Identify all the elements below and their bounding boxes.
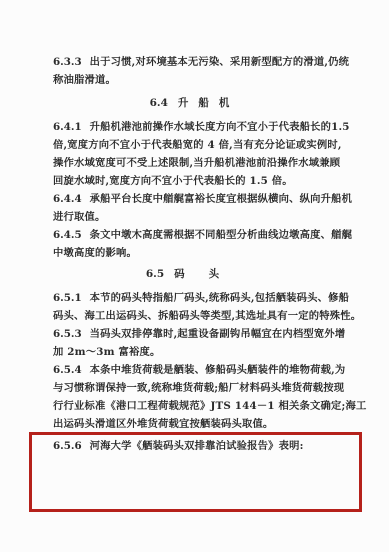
clause-6-4-5-line-1: 6.4.5条文中墩木高度需根据不同船型分析曲线边墩高度、艏艉 (53, 229, 339, 241)
clause-6-4-1-line-4: 回旋水域时,宽度方向不宜小于代表船长的 1.5 倍。 (53, 175, 339, 187)
clause-number: 6.4.4 (53, 193, 82, 205)
clause-text: 河海大学《舾装码头双排靠泊试验报告》表明: (90, 440, 304, 452)
clause-number: 6.4.5 (53, 229, 82, 241)
clause-text: 升船机港池前操作水域长度方向不宜小于代表船长的1.5 (90, 121, 350, 133)
clause-number: 6.5.1 (53, 292, 82, 304)
clause-6-4-1-line-2: 倍,宽度方向不宜小于代表船宽的 4 倍,当有充分论证或实例时, (53, 139, 339, 151)
section-heading-6-4: 6.4升船机 (0, 97, 389, 109)
clause-6-4-1-line-1: 6.4.1升船机港池前操作水域长度方向不宜小于代表船长的1.5 (53, 121, 339, 133)
clause-6-4-4-line-1: 6.4.4承船平台长度中艏艉富裕长度宜根据纵横向、纵向升船机 (53, 193, 339, 205)
clause-6-4-4-line-2: 进行取值。 (53, 211, 339, 223)
clause-6-4-1-line-3: 操作水域宽度可不受上述限制,当升船机港池前沿操作水域兼顾 (53, 157, 339, 169)
clause-6-5-4-line-4: 出运码头滑道区外堆货荷载宜按舾装码头取值。 (53, 418, 339, 430)
clause-6-5-4-line-2: 与习惯称谓保持一致,统称堆货荷载;船厂材料码头堆货荷载按现 (53, 382, 339, 394)
document-page: 6.3.3出于习惯,对环境基本无污染、采用新型配方的滑道,仍统 称油脂滑道。 6… (0, 0, 389, 552)
clause-text: 当码头双排停靠时,起重设备副钩吊幅宜在内档型宽外增 (90, 328, 346, 340)
clause-number: 6.4.1 (53, 121, 82, 133)
clause-text: 承船平台长度中艏艉富裕长度宜根据纵横向、纵向升船机 (90, 193, 352, 205)
heading-title: 码头 (174, 268, 243, 280)
section-heading-6-5: 6.5码头 (0, 268, 389, 280)
clause-number: 6.5.4 (53, 364, 82, 376)
clause-6-5-4-line-1: 6.5.4本条中堆货荷载是舾装、修船码头舾装件的堆物荷载,为 (53, 364, 339, 376)
clause-text: 本节的码头特指船厂码头,统称码头,包括舾装码头、修船 (90, 292, 350, 304)
heading-title: 升船机 (178, 97, 240, 109)
clause-6-5-4-line-3: 行行业标准《港口工程荷载规范》JTS 144－1 相关条文确定;海工 (53, 400, 339, 412)
clause-6-5-3-line-2: 加 2m～3m 富裕度。 (53, 346, 339, 358)
clause-number: 6.5.6 (53, 440, 82, 452)
clause-6-4-5-line-2: 中墩高度的影响。 (53, 247, 339, 259)
clause-text: 条文中墩木高度需根据不同船型分析曲线边墩高度、艏艉 (90, 229, 352, 241)
clause-6-5-1-line-2: 码头、海工出运码头、拆船码头等类型,其选址具有一定的特殊性。 (53, 310, 339, 322)
heading-number: 6.4 (150, 97, 168, 109)
clause-6-3-3-line-1: 6.3.3出于习惯,对环境基本无污染、采用新型配方的滑道,仍统 (53, 56, 339, 68)
clause-number: 6.5.3 (53, 328, 82, 340)
clause-text: 本条中堆货荷载是舾装、修船码头舾装件的堆物荷载,为 (90, 364, 346, 376)
clause-6-5-3-line-1: 6.5.3当码头双排停靠时,起重设备副钩吊幅宜在内档型宽外增 (53, 328, 339, 340)
clause-6-5-6-line-1: 6.5.6河海大学《舾装码头双排靠泊试验报告》表明: (53, 440, 339, 452)
clause-6-5-1-line-1: 6.5.1本节的码头特指船厂码头,统称码头,包括舾装码头、修船 (53, 292, 339, 304)
clause-6-3-3-line-2: 称油脂滑道。 (53, 74, 339, 86)
clause-number: 6.3.3 (53, 56, 82, 68)
clause-text: 出于习惯,对环境基本无污染、采用新型配方的滑道,仍统 (90, 56, 350, 68)
heading-number: 6.5 (146, 268, 164, 280)
